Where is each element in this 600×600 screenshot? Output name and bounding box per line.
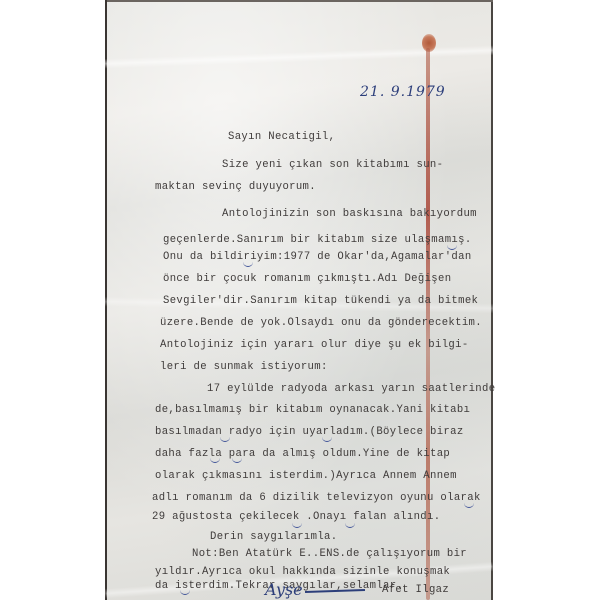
letter-line: basılmadan radyo için uyarladım.(Böylece… [155, 427, 464, 438]
salutation: Sayın Necatigil, [228, 132, 335, 143]
handwritten-date: 21. 9.1979 [360, 84, 446, 100]
letter-line: maktan sevinç duyuyorum. [155, 182, 316, 193]
letter-line: de,basılmamış bir kitabım oynanacak.Yani… [155, 405, 470, 416]
letter-line: geçenlerde.Sanırım bir kitabım size ulaş… [163, 235, 472, 246]
letter-line: daha fazla para da almış oldum.Yine de k… [155, 449, 450, 460]
handwritten-signature: Ayşe [265, 580, 303, 599]
postscript-line: yıldır.Ayrıca okul hakkında sizinle konu… [155, 567, 450, 578]
closing: Derin saygılarımla. [210, 532, 337, 543]
letter-line: olarak çıkmasını isterdim.)Ayrıca Annem … [155, 471, 457, 482]
letter-line: adlı romanım da 6 dizilik televizyon oyu… [152, 493, 481, 504]
letter-line: 29 ağustosta çekilecek .Onayı falan alın… [152, 512, 440, 523]
letter-line: önce bir çocuk romanım çıkmıştı.Adı Deği… [163, 274, 451, 285]
letter-line: 17 eylülde radyoda arkası yarın saatleri… [207, 384, 495, 395]
letter-line: Sevgiler'dir.Sanırım kitap tükendi ya da… [163, 296, 478, 307]
letter-line: leri de sunmak istiyorum: [160, 362, 328, 373]
typed-sender-name: Afet Ilgaz [382, 585, 449, 596]
paper-crease [105, 45, 493, 69]
letter-line: Antolojinizin son baskısına bakıyordum [222, 209, 477, 220]
letter-line: Size yeni çıkan son kitabımı sun- [222, 160, 443, 171]
postscript-line: Not:Ben Atatürk E..ENS.de çalışıyorum bi… [192, 549, 467, 560]
letter-line: üzere.Bende de yok.Olsaydı onu da gönder… [160, 318, 482, 329]
letter-line: Onu da bildiriyim:1977 de Okar'da,Agamal… [163, 252, 472, 263]
letter-line: Antolojiniz için yararı olur diye şu ek … [160, 340, 469, 351]
